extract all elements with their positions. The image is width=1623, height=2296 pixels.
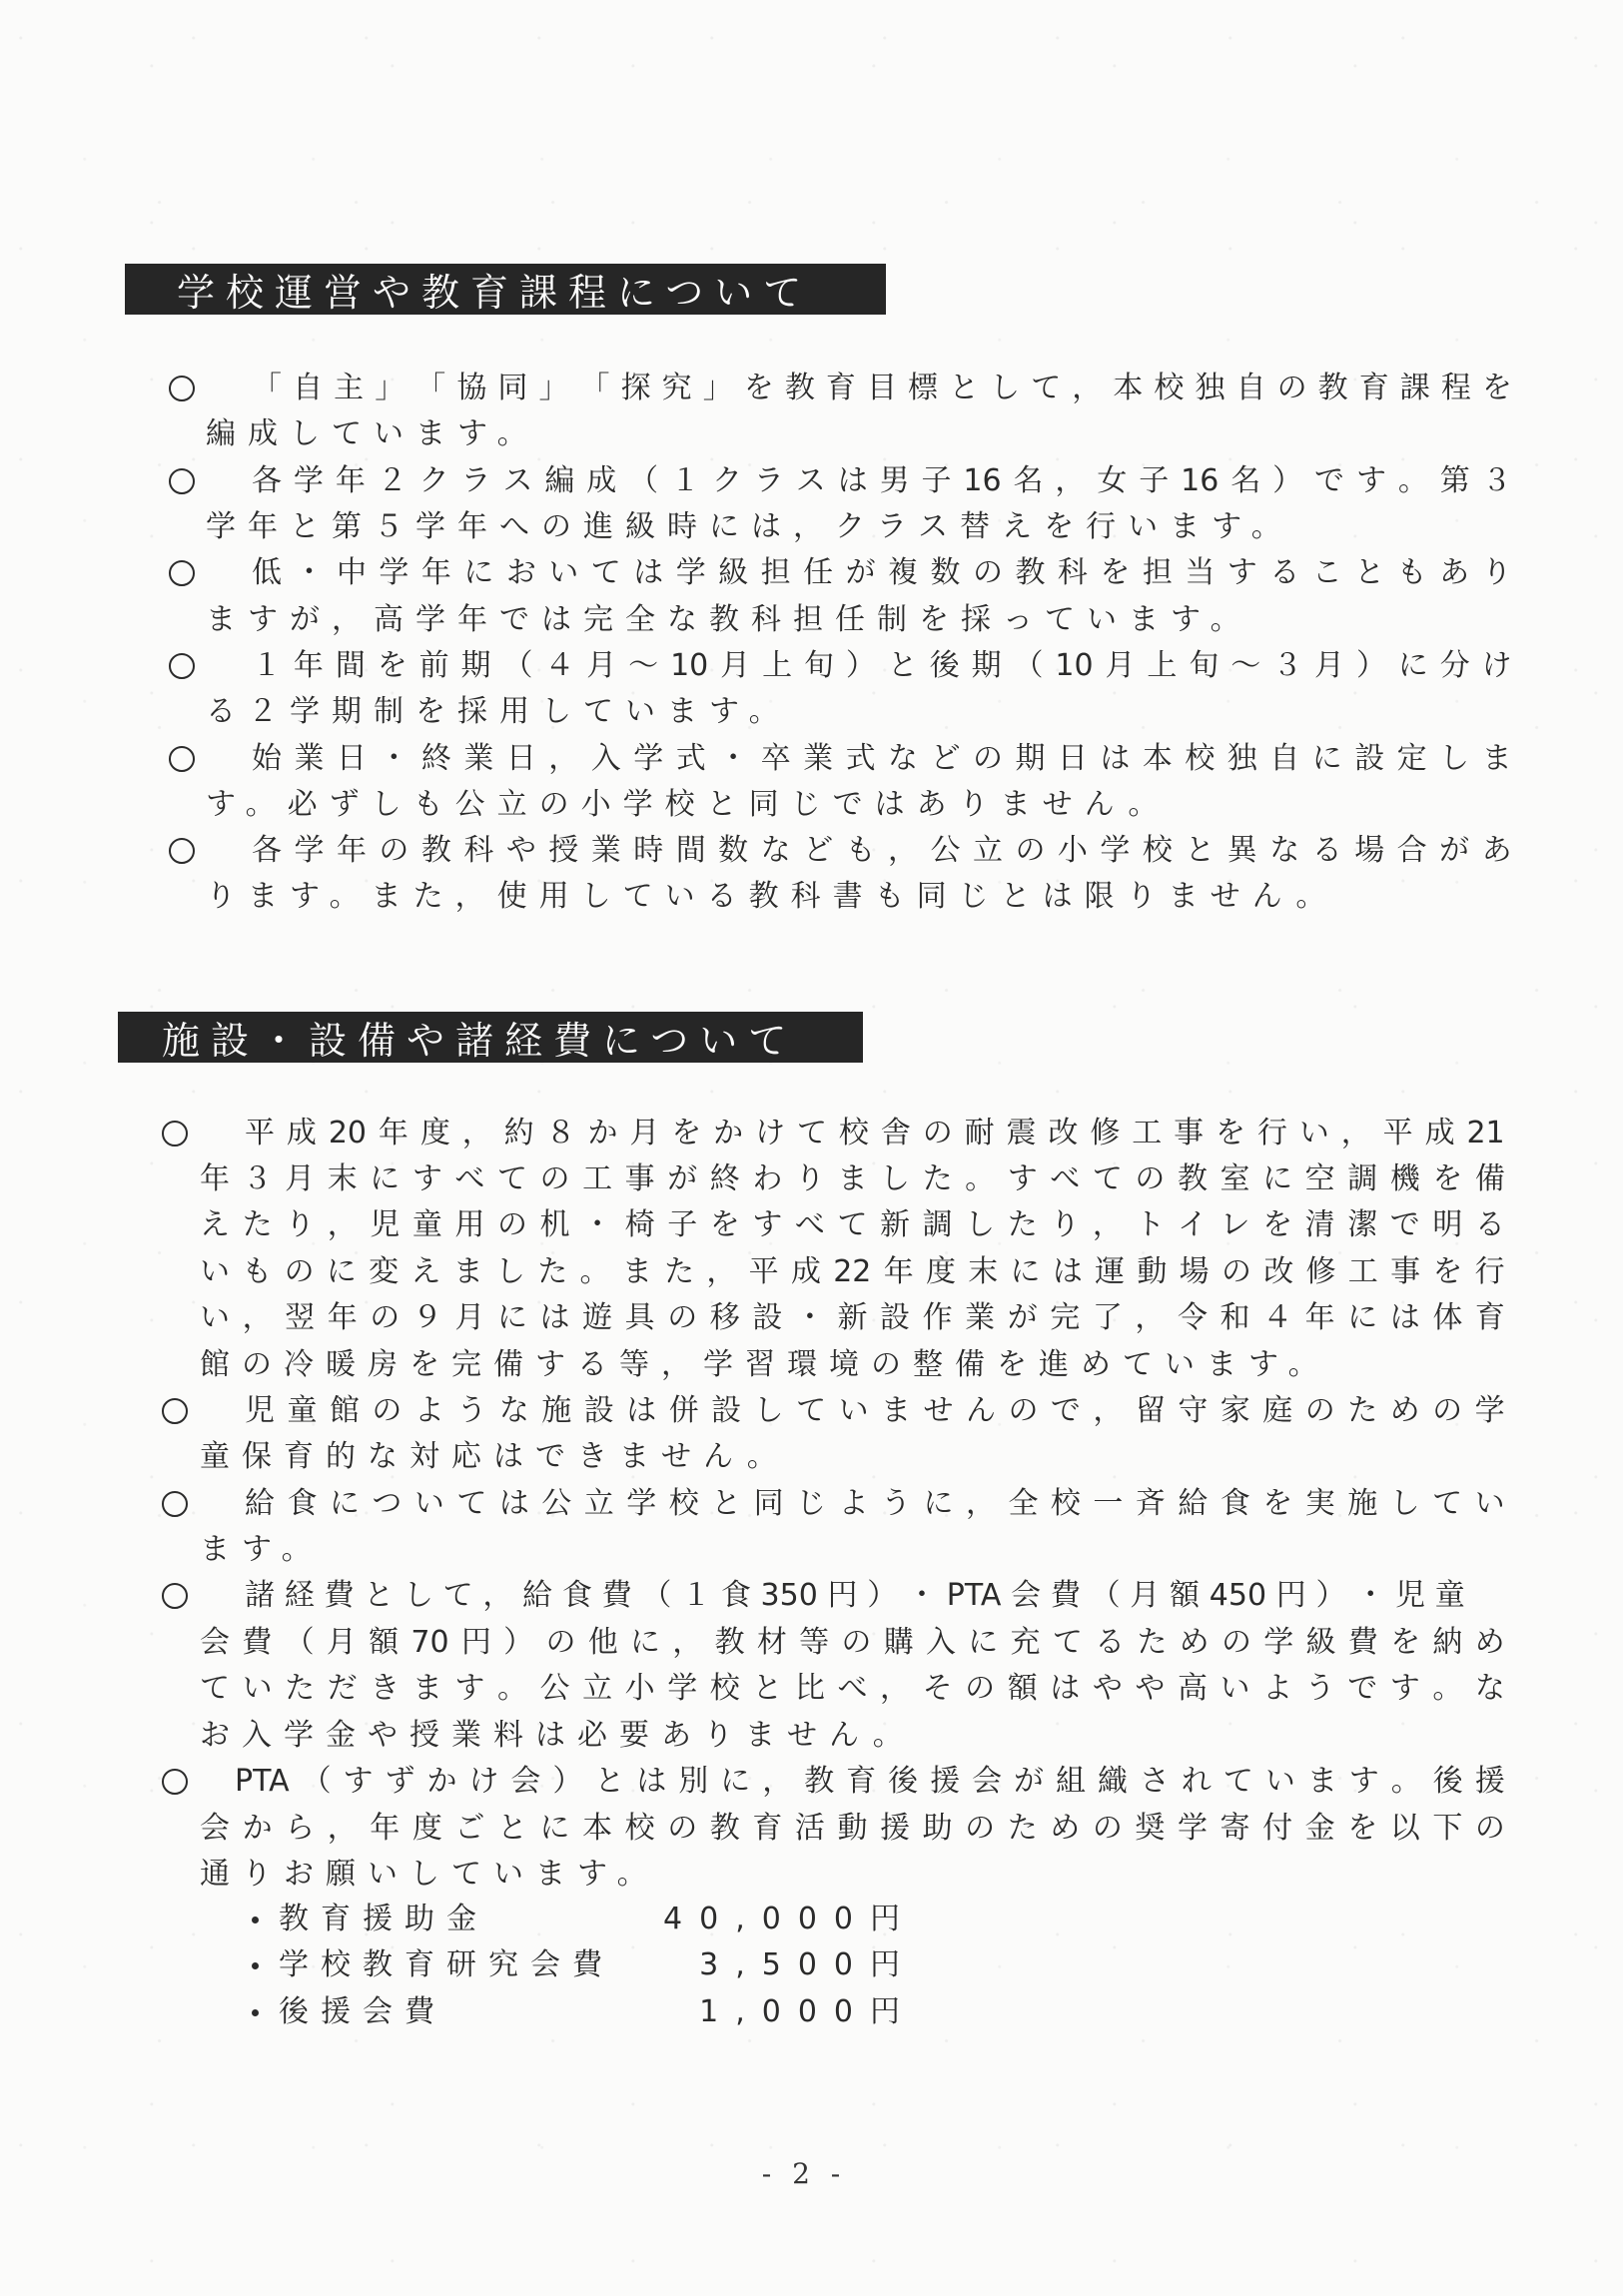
paragraph-line: ていただきます。公立小学校と比べ，その額はやや高いようです。な <box>200 1669 1505 1709</box>
bullet-circle-icon <box>162 1121 188 1147</box>
paragraph-line: 諸経費として，給食費（１食350円）・PTA会費（月額450円）・児童 <box>245 1576 1465 1616</box>
paragraph-line: えたり，児童用の机・椅子をすべて新調したり，トイレを清潔で明る <box>200 1205 1505 1245</box>
paragraph-line: ります。また，使用している教科書も同じとは限りません。 <box>206 877 1337 917</box>
bullet-circle-icon <box>169 376 195 401</box>
bullet-circle-icon <box>169 560 195 586</box>
list-bullet-icon <box>252 1962 259 1969</box>
paragraph-line: 各学年２クラス編成（１クラスは男子16名，女子16名）です。第３ <box>252 461 1512 501</box>
paragraph-line: １年間を前期（４月～10月上旬）と後期（10月上旬～３月）に分け <box>252 646 1512 686</box>
bullet-circle-icon <box>169 746 195 772</box>
paragraph-line: 館の冷暖房を完備する等，学習環境の整備を進めています。 <box>200 1345 1330 1385</box>
paragraph-line: 始業日・終業日，入学式・卒業式などの期日は本校独自に設定しま <box>252 739 1512 779</box>
paragraph-line: 童保育的な対応はできません。 <box>200 1437 789 1477</box>
paragraph-line: 平成20年度，約８か月をかけて校舎の耐震改修工事を行い，平成21 <box>245 1114 1505 1153</box>
section-header-school-management: 学校運営や教育課程について <box>125 264 886 315</box>
paragraph-line: 年３月末にすべての工事が終わりました。すべての教室に空調機を備 <box>200 1159 1505 1199</box>
bullet-circle-icon <box>162 1769 188 1795</box>
paragraph-line: 低・中学年においては学級担任が複数の教科を担当することもあり <box>252 553 1512 593</box>
fee-label: 学校教育研究会費 <box>279 1945 614 1985</box>
paragraph-line: 各学年の教科や授業時間数なども，公立の小学校と異なる場合があ <box>252 831 1512 871</box>
paragraph-line: 編成しています。 <box>206 414 539 454</box>
list-bullet-icon <box>252 2009 259 2016</box>
paragraph-line: 「自主」「協同」「探究」を教育目標として，本校独自の教育課程を <box>252 369 1512 408</box>
paragraph-line: 学年と第５学年への進級時には，クラス替えを行います。 <box>206 507 1293 547</box>
fee-amount: 1,000円 <box>639 1992 917 2032</box>
paragraph-line: PTA（すずかけ会）とは別に，教育後援会が組織されています。後援 <box>235 1762 1505 1802</box>
paragraph-line: 会から，年度ごとに本校の教育活動援助のための奨学寄付金を以下の <box>200 1809 1505 1849</box>
paragraph-line: 会費（月額70円）の他に，教材等の購入に充てるための学級費を納め <box>200 1623 1505 1663</box>
paragraph-line: いものに変えました。また，平成22年度末には運動場の改修工事を行 <box>200 1252 1505 1292</box>
paragraph-line: お入学金や授業料は必要ありません。 <box>200 1716 915 1756</box>
fee-amount: 40,000円 <box>639 1900 917 1939</box>
paragraph-line: る２学期制を採用しています。 <box>206 692 791 732</box>
paragraph-line: 児童館のような施設は併設していませんので，留守家庭のための学 <box>245 1391 1505 1431</box>
bullet-circle-icon <box>162 1583 188 1609</box>
list-bullet-icon <box>252 1916 259 1923</box>
bullet-circle-icon <box>169 468 195 494</box>
paragraph-line: す。必ずしも公立の小学校と同じではありません。 <box>206 785 1170 825</box>
paragraph-line: い，翌年の９月には遊具の移設・新設作業が完了，令和４年には体育 <box>200 1298 1505 1338</box>
paragraph-line: ますが，高学年では完全な教科担任制を採っています。 <box>206 600 1252 640</box>
paragraph-line: ます。 <box>200 1530 324 1570</box>
paragraph-line: 通りお願いしています。 <box>200 1855 659 1895</box>
fee-label: 後援会費 <box>279 1992 446 2032</box>
fee-label: 教育援助金 <box>279 1900 488 1939</box>
bullet-circle-icon <box>162 1491 188 1517</box>
bullet-circle-icon <box>169 653 195 679</box>
page-number: - 2 - <box>759 2157 849 2190</box>
bullet-circle-icon <box>162 1398 188 1424</box>
section-header-facilities-expenses: 施設・設備や諸経費について <box>118 1012 863 1063</box>
paragraph-line: 給食については公立学校と同じように，全校一斉給食を実施してい <box>245 1484 1505 1524</box>
bullet-circle-icon <box>169 838 195 864</box>
fee-amount: 3,500円 <box>639 1945 917 1985</box>
